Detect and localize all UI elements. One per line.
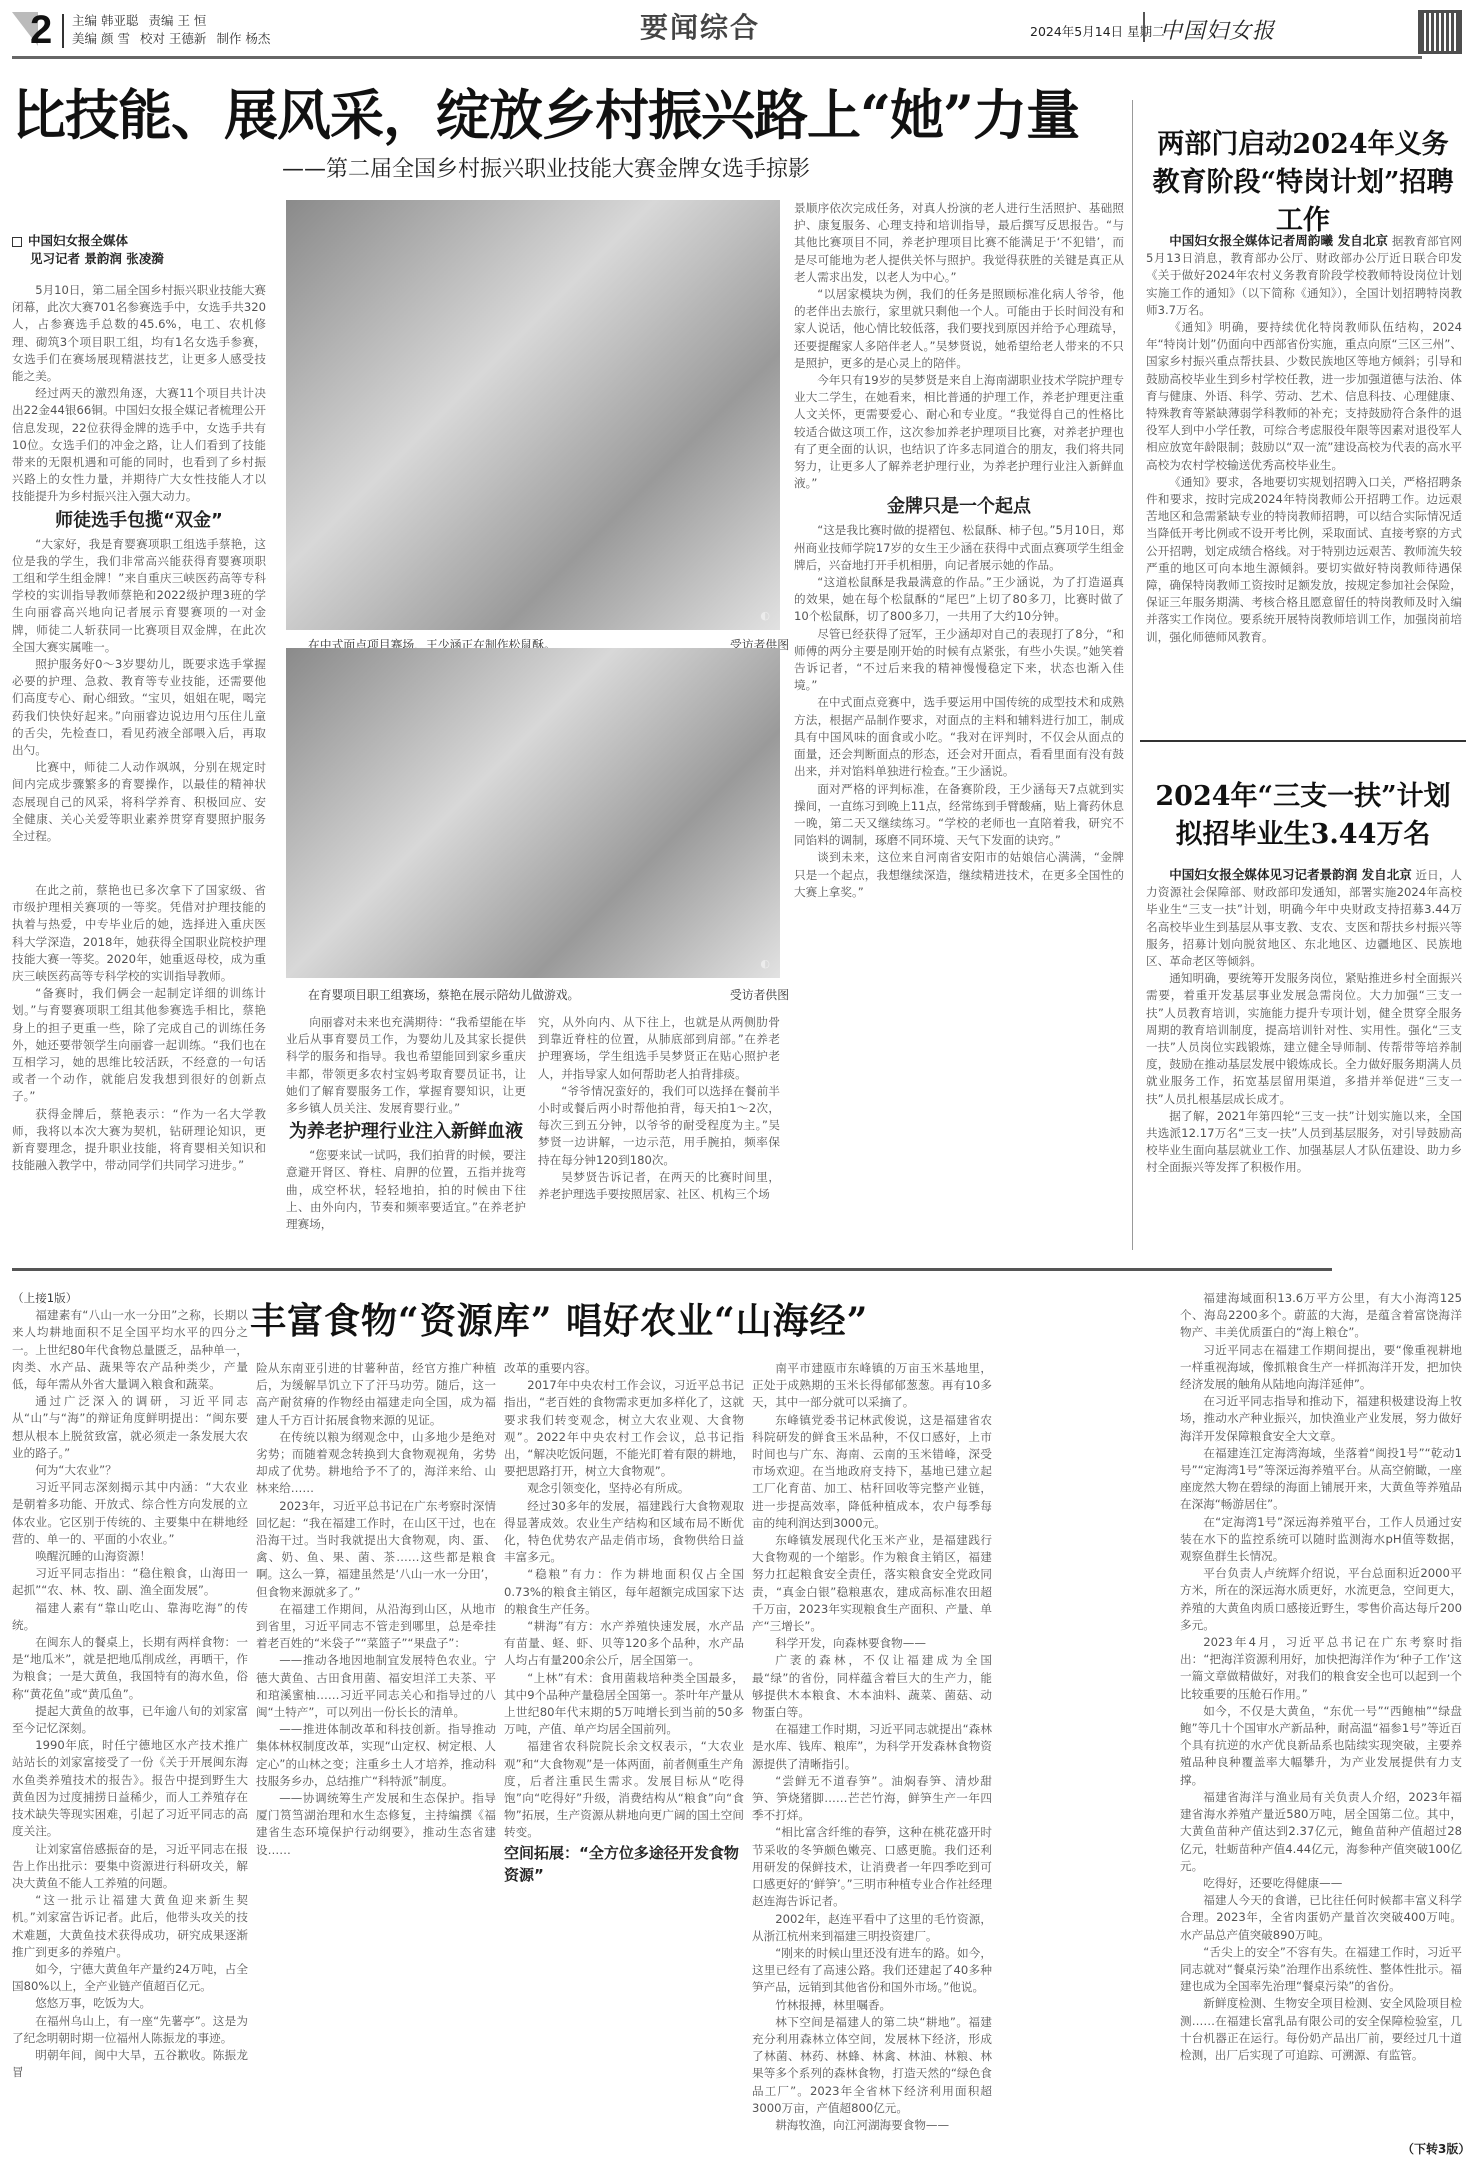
paragraph: 景顺序依次完成任务，对真人扮演的老人进行生活照护、基础照护、康复服务、心理支持和… bbox=[794, 200, 1124, 286]
paragraph: 福建素有“八山一水一分田”之称，长期以来人均耕地面积不足全国平均水平的四分之一。… bbox=[12, 1307, 248, 1393]
paragraph: 何为“大农业”？ bbox=[12, 1462, 248, 1479]
paragraph: 在福州乌山上，有一座“先薯亭”。这是为了纪念明朝时期一位福州人陈振龙的事迹。 bbox=[12, 2013, 248, 2047]
newspaper-logo: 中国妇女报 bbox=[1160, 14, 1275, 45]
paragraph: “稳粮”有力：作为耕地面积仅占全国0.73%的粮食主销区，每年超额完成国家下达的… bbox=[504, 1566, 744, 1618]
paragraph: 平台负责人卢统辉介绍说，平台总面积近2000平方米，所在的深远海水质更好，水流更… bbox=[1180, 1565, 1462, 1634]
staff-credit: 制作 杨杰 bbox=[216, 31, 270, 46]
lower-column-5: 福建海域面积13.6万平方公里，有大小海湾125个、海岛2200多个。蔚蓝的大海… bbox=[1180, 1290, 1462, 2140]
paragraph: 比赛中，师徒二人动作飒飒，分别在规定时间内完成步骤繁多的育婴操作，以最佳的精神状… bbox=[12, 759, 266, 845]
paragraph: “您要来试一试吗，我们拍背的时候，要注意避开肾区、脊柱、肩胛的位置，五指并拢弯曲… bbox=[286, 1147, 526, 1233]
paragraph: 据了解，2021年第四轮“三支一扶”计划实施以来，全国共选派12.17万名“三支… bbox=[1146, 1108, 1462, 1177]
paragraph: 谈到未来，这位来自河南省安阳市的姑娘信心满满，“金牌只是一个起点，我想继续深造，… bbox=[794, 849, 1124, 901]
section-rule bbox=[12, 1268, 1332, 1271]
paragraph: 吃得好，还要吃得健康—— bbox=[1180, 1875, 1462, 1892]
lead-column-3: 究，从外向内、从下往上，也就是从两侧肋骨到靠近脊柱的位置，从肺底部到肩部。”在养… bbox=[538, 1014, 780, 1240]
lead-headline: 比技能、展风采，绽放乡村振兴路上“她”力量 bbox=[12, 82, 1079, 148]
lower-column-1: （上接1版） 福建素有“八山一水一分田”之称，长期以来人均耕地面积不足全国平均水… bbox=[12, 1290, 248, 2156]
paragraph: “爷爷情况蛮好的，我们可以选择在餐前半小时或餐后两小时帮他拍背，每天拍1～2次，… bbox=[538, 1083, 780, 1169]
paragraph: 提起大黄鱼的故事，已年逾八旬的刘家富至今记忆深刻。 bbox=[12, 1703, 248, 1737]
paragraph: 中国妇女报全媒体记者周韵曦 发自北京 据教育部官网5月13日消息，教育部办公厅、… bbox=[1146, 232, 1462, 319]
paragraph: 2023年4月，习近平总书记在广东考察时指出：“把海洋资源利用好，加快把海洋作为… bbox=[1180, 1634, 1462, 1703]
paragraph: 在福建工作时期，习近平同志就提出“森林是水库、钱库、粮库”，为科学开发森林食物资… bbox=[752, 1721, 992, 1773]
paragraph: 唤醒沉睡的山海资源！ bbox=[12, 1548, 248, 1565]
paragraph: 明朝年间，闽中大旱，五谷歉收。陈振龙冒 bbox=[12, 2047, 248, 2081]
paragraph: 习近平同志指出：“稳住粮食，山海田一起抓”“农、林、牧、副、渔全面发展”。 bbox=[12, 1565, 248, 1599]
paragraph: 南平市建瓯市东峰镇的万亩玉米基地里，正处于成熟期的玉米长得郁郁葱葱。再有10多天… bbox=[752, 1360, 992, 1412]
subheading: 空间拓展：“全方位多途径开发食物资源” bbox=[504, 1842, 744, 1886]
paragraph: “这道松鼠酥是我最满意的作品。”王少涵说，为了打造逼真的效果，她在每个松鼠酥的“… bbox=[794, 574, 1124, 626]
paragraph: “上林”有术：食用菌栽培种类全国最多，其中9个品种产量稳居全国第一。茶叶年产量从… bbox=[504, 1670, 744, 1739]
paragraph: 竹林报搏，林里嘱香。 bbox=[752, 1997, 992, 2014]
lower-column-4: 南平市建瓯市东峰镇的万亩玉米基地里，正处于成熟期的玉米长得郁郁葱葱。再有10多天… bbox=[752, 1360, 992, 2156]
paragraph: 在习近平同志指导和推动下，福建积极建设海上牧场，推动水产种业振兴，加快渔业产业发… bbox=[1180, 1393, 1462, 1445]
paragraph: “相比富含纤维的春笋，这种在桃花盛开时节采收的冬笋颇色嫩亮、口感更脆。我们还利用… bbox=[752, 1824, 992, 1910]
paragraph: ——推动各地因地制宜发展特色农业。宁德大黄鱼、古田食用菌、福安坦洋工夫茶、平和琯… bbox=[256, 1652, 496, 1721]
photo-caption: 在育婴项目职工组赛场，蔡艳在展示陪幼儿做游戏。 bbox=[308, 986, 579, 1003]
qr-code-icon[interactable] bbox=[1418, 10, 1462, 54]
byline: 中国妇女报全媒体 bbox=[12, 232, 266, 250]
side-story-1-headline: 两部门启动2024年义务 教育阶段“特岗计划”招聘工作 bbox=[1140, 126, 1466, 240]
paragraph: 林下空间是福建人的第二块“耕地”。福建充分利用森林立体空间，发展林下经济，形成了… bbox=[752, 2014, 992, 2117]
paragraph: 福建省农科院院长余文权表示，“大农业观”和“大食物观”是一体两面，前者侧重生产角… bbox=[504, 1738, 744, 1841]
paragraph: 东峰镇发展现代化玉米产业，是福建践行大食物观的一个缩影。作为粮食主销区，福建努力… bbox=[752, 1532, 992, 1635]
paragraph: 福建人素有“靠山吃山、靠海吃海”的传统。 bbox=[12, 1600, 248, 1634]
lower-column-3: 改革的重要内容。 2017年中央农村工作会议，习近平总书记指出，“老百姓的食物需… bbox=[504, 1360, 744, 2156]
square-bullet-icon bbox=[12, 237, 22, 247]
paragraph: “大家好，我是育婴赛项职工组选手蔡艳，这位是我的学生，我们非常高兴能获得育婴赛项… bbox=[12, 536, 266, 656]
paragraph: ——推进体制改革和科技创新。指导推动集体林权制度改革，实现“山定权、树定根、人定… bbox=[256, 1721, 496, 1790]
lead-column-1: 中国妇女报全媒体 见习记者 景韵润 张凌漪 5月10日，第二届全国乡村振兴职业技… bbox=[12, 232, 266, 882]
photo-watermark: ◐ bbox=[760, 957, 770, 970]
paragraph: 究，从外向内、从下往上，也就是从两侧肋骨到靠近脊柱的位置，从肺底部到肩部。”在养… bbox=[538, 1014, 780, 1083]
paragraph: 照护服务好0～3岁婴幼儿，既要求选手掌握必要的护理、急救、教育等专业技能，还需要… bbox=[12, 656, 266, 759]
paragraph: 福建人今天的食谱，已比往任何时候都丰富义科学合理。2023年，全省肉蛋奶产量首次… bbox=[1180, 1892, 1462, 1944]
paragraph: 2023年，习近平总书记在广东考察时深情回忆起：“我在福建工作时，在山区干过，也… bbox=[256, 1498, 496, 1601]
paragraph: 在福建连江定海湾海域，坐落着“闽投1号”“乾动1号”“定海湾1号”等深远海养殖平… bbox=[1180, 1445, 1462, 1514]
paragraph: 改革的重要内容。 bbox=[504, 1360, 744, 1377]
masthead-rule bbox=[12, 56, 1422, 59]
paragraph: 《通知》明确，要持续优化特岗教师队伍结构，2024年“特岗计划”仍面向中西部省份… bbox=[1146, 319, 1462, 474]
subheading: 为养老护理行业注入新鲜血液 bbox=[286, 1117, 526, 1147]
divider bbox=[1143, 12, 1145, 42]
page-number: 2 bbox=[30, 8, 52, 52]
lead-column-2: 向丽睿对未来也充满期待：“我希望能在毕业后从事育婴员工作，为婴幼儿及其家长提供科… bbox=[286, 1014, 526, 1240]
paragraph: “刚来的时候山里还没有进车的路。如今，这里已经有了高速公路。我们还建起了40多种… bbox=[752, 1945, 992, 1997]
paragraph: 通知明确，要统筹开发服务岗位，紧贴推进乡村全面振兴需要，着重开发基层事业发展急需… bbox=[1146, 970, 1462, 1108]
side-story-2-body: 中国妇女报全媒体见习记者景韵润 发自北京 近日，人力资源社会保障部、财政部印发通… bbox=[1146, 866, 1462, 1246]
photo-childcare[interactable]: ◐ bbox=[286, 648, 780, 978]
paragraph: 悠悠万事，吃饭为大。 bbox=[12, 1995, 248, 2012]
paragraph: 新鲜度检测、生物安全项目检测、安全风险项目检测……在福建长富乳品有限公司的安全保… bbox=[1180, 1995, 1462, 2064]
paragraph: 福建省海洋与渔业局有关负责人介绍，2023年福建省海水养殖产量近580万吨，居全… bbox=[1180, 1789, 1462, 1875]
paragraph: 在“定海湾1号”深远海养殖平台，工作人员通过安装在水下的监控系统可以随时监测海水… bbox=[1180, 1514, 1462, 1566]
paragraph: “耕海”有方：水产养殖快速发展，水产品有苗量、蛏、虾、贝等120多个品种，水产品… bbox=[504, 1618, 744, 1670]
lead-column-1b: 在此之前，蔡艳也已多次拿下了国家级、省市级护理相关赛项的一等奖。凭借对护理技能的… bbox=[12, 882, 266, 1240]
paragraph: 经过30多年的发展，福建践行大食物观取得显著成效。农业生产结构和区域布局不断优化… bbox=[504, 1498, 744, 1567]
paragraph: 经过两天的激烈角逐，大赛11个项目共计决出22金44银66铜。中国妇女报全媒记者… bbox=[12, 385, 266, 505]
staff-credit: 责编 王 恒 bbox=[148, 13, 206, 28]
paragraph: 《通知》要求，各地要切实规划招聘入口关，严格招聘条件和要求，按时完成2024年特… bbox=[1146, 474, 1462, 646]
paragraph: “尝鲜无不道春笋”。油焖春笋、清炒甜笋、笋烧猪脚……芒芒竹海，鲜笋生产一年四季不… bbox=[752, 1773, 992, 1825]
paragraph: 在中式面点竞赛中，选手要运用中国传统的成型技术和成熟方法，根据产品制作要求，对面… bbox=[794, 694, 1124, 780]
staff-credit: 校对 王德新 bbox=[140, 31, 206, 46]
paragraph: 耕海牧渔，向江河湖海要食物—— bbox=[752, 2117, 992, 2134]
paragraph: “舌尖上的安全”不容有失。在福建工作时，习近平同志就对“餐桌污染”治理作出系统性… bbox=[1180, 1944, 1462, 1996]
story-divider bbox=[1140, 740, 1466, 742]
paragraph: 通过广泛深入的调研，习近平同志从“山”与“海”的辩证角度鲜明提出：“闽东要想从根… bbox=[12, 1393, 248, 1462]
photo-credit: 受访者供图 bbox=[730, 986, 789, 1003]
subheading: 金牌只是一个起点 bbox=[794, 492, 1124, 522]
paragraph: 在传统以粮为纲观念中，山多地少是绝对劣势；而随着观念转换到大食物观视角，劣势却成… bbox=[256, 1429, 496, 1498]
paragraph: 广袤的森林，不仅让福建成为全国最“绿”的省份，同样蕴含着巨大的生产力，能够提供木… bbox=[752, 1652, 992, 1721]
paragraph: 吴梦贤告诉记者，在两天的比赛时间里，养老护理选手要按照居家、社区、机构三个场 bbox=[538, 1169, 780, 1203]
paragraph: 东峰镇党委书记林武俊说，这是福建省农科院研发的鲜食玉米品种，不仅口感好，上市时间… bbox=[752, 1412, 992, 1532]
paragraph: 向丽睿对未来也充满期待：“我希望能在毕业后从事育婴员工作，为婴幼儿及其家长提供科… bbox=[286, 1014, 526, 1117]
side-story-2-headline: 2024年“三支一扶”计划 拟招毕业生3.44万名 bbox=[1140, 778, 1466, 854]
paragraph: 险从东南亚引进的甘薯种苗，经官方推广种植后，为缓解旱饥立下了汗马功劳。随后，这一… bbox=[256, 1360, 496, 1429]
divider bbox=[62, 14, 64, 48]
paragraph: 如今，不仅是大黄鱼，“东优一号”“西鲍柚”“绿盘鲍”等几十个国审水产新品种，耐高… bbox=[1180, 1703, 1462, 1789]
continued-from: （上接1版） bbox=[12, 1290, 248, 1307]
photo-pastry-chef[interactable]: ◐ bbox=[286, 200, 780, 630]
lower-headline: 丰富食物“资源库” 唱好农业“山海经” bbox=[250, 1296, 868, 1346]
paragraph: 科学开发，向森林要食物—— bbox=[752, 1635, 992, 1652]
lead-column-4: 景顺序依次完成任务，对真人扮演的老人进行生活照护、基础照护、康复服务、心理支持和… bbox=[794, 200, 1124, 1240]
paragraph: 福建海域面积13.6万平方公里，有大小海湾125个、海岛2200多个。蔚蓝的大海… bbox=[1180, 1290, 1462, 1342]
paragraph: “这是我比赛时做的提褶包、松鼠酥、柿子包。”5月10日，郑州商业技师学院17岁的… bbox=[794, 522, 1124, 574]
paragraph: 1990年底，时任宁德地区水产技术推广站站长的刘家富接受了一份《关于开展闽东海水… bbox=[12, 1737, 248, 1840]
staff-credit: 美编 颜 雪 bbox=[72, 31, 130, 46]
byline-reporters: 见习记者 景韵润 张凌漪 bbox=[12, 250, 266, 268]
subheading: 师徒选手包揽“双金” bbox=[12, 506, 266, 536]
column-divider bbox=[1132, 100, 1133, 1250]
paragraph: ——协调统筹生产发展和生态保护。指导厦门筼筜湖治理和水生态修复，主持编撰《福建省… bbox=[256, 1790, 496, 1859]
paragraph: 习近平同志深刻揭示其中内涵：“大农业是朝着多功能、开放式、综合性方向发展的立体农… bbox=[12, 1479, 248, 1548]
paragraph: 如今，宁德大黄鱼年产量约24万吨，占全国80%以上，全产业链产值超百亿元。 bbox=[12, 1961, 248, 1995]
staff-credit: 主编 韩亚聪 bbox=[72, 13, 138, 28]
paragraph: 习近平同志在福建工作期间提出，要“像重视耕地一样重视海域，像抓粮食生产一样抓海洋… bbox=[1180, 1342, 1462, 1394]
lower-column-2: 险从东南亚引进的甘薯种苗，经官方推广种植后，为缓解旱饥立下了汗马功劳。随后，这一… bbox=[256, 1360, 496, 2156]
section-title: 要闻综合 bbox=[640, 6, 760, 46]
staff-credits: 主编 韩亚聪责编 王 恒 美编 颜 雪校对 王德新制作 杨杰 bbox=[72, 12, 280, 48]
paragraph: 在福建工作期间，从沿海到山区，从地市到省里，习近平同志不管走到哪里，总是牵挂着老… bbox=[256, 1601, 496, 1653]
paragraph: 今年只有19岁的吴梦贤是来自上海南湖职业技术学院护理专业大二学生，在她看来，相比… bbox=[794, 372, 1124, 492]
paragraph: 在此之前，蔡艳也已多次拿下了国家级、省市级护理相关赛项的一等奖。凭借对护理技能的… bbox=[12, 882, 266, 985]
paragraph: 获得金牌后，蔡艳表示：“作为一名大学教师，我将以本次大赛为契机，钻研理论知识，更… bbox=[12, 1106, 266, 1175]
paragraph: 中国妇女报全媒体见习记者景韵润 发自北京 近日，人力资源社会保障部、财政部印发通… bbox=[1146, 866, 1462, 970]
paragraph: 观念引领变化，坚持必有所成。 bbox=[504, 1480, 744, 1497]
paragraph: 面对严格的评判标准，在备赛阶段，王少涵每天7点就到实操间，一直练习到晚上11点，… bbox=[794, 781, 1124, 850]
paragraph: “以居家模块为例，我们的任务是照顾标准化病人爷爷，他的老伴出去旅行，家里就只剩他… bbox=[794, 286, 1124, 372]
lead-subheadline: ——第二届全国乡村振兴职业技能大赛金牌女选手掠影 bbox=[282, 152, 810, 183]
byline: 中国妇女报全媒体记者周韵曦 发自北京 bbox=[1169, 233, 1388, 248]
paragraph: 2017年中央农村工作会议，习近平总书记指出，“老百姓的食物需求更加多样化了，这… bbox=[504, 1377, 744, 1480]
paragraph: 尽管已经获得了冠军，王少涵却对自己的表现打了8分，“和师傅的两分主要是刚开始的时… bbox=[794, 626, 1124, 695]
photo-watermark: ◐ bbox=[760, 609, 770, 622]
paragraph: “这一批示让福建大黄鱼迎来新生契机。”刘家富告诉记者。此后，他带头攻关的技术难题… bbox=[12, 1892, 248, 1961]
paragraph: 让刘家富倍感振奋的是，习近平同志在报告上作出批示：要集中资源进行科研攻关，解决大… bbox=[12, 1841, 248, 1893]
paragraph: 2002年，赵连平看中了这里的毛竹资源，从浙江杭州来到福建三明投资建厂。 bbox=[752, 1911, 992, 1945]
side-story-1-body: 中国妇女报全媒体记者周韵曦 发自北京 据教育部官网5月13日消息，教育部办公厅、… bbox=[1146, 232, 1462, 702]
paragraph: 在闽东人的餐桌上，长期有两样食物：一是“地瓜米”，就是把地瓜削成丝，再晒干，作为… bbox=[12, 1634, 248, 1703]
continued-to[interactable]: （下转3版） bbox=[1402, 2140, 1470, 2157]
paragraph: “备赛时，我们俩会一起制定详细的训练计划。”与育婴赛项职工组其他参赛选手相比，蔡… bbox=[12, 985, 266, 1105]
paragraph: 5月10日，第二届全国乡村振兴职业技能大赛闭幕，此次大赛701名参赛选手中，女选… bbox=[12, 282, 266, 385]
byline: 中国妇女报全媒体见习记者景韵润 发自北京 bbox=[1169, 867, 1412, 882]
